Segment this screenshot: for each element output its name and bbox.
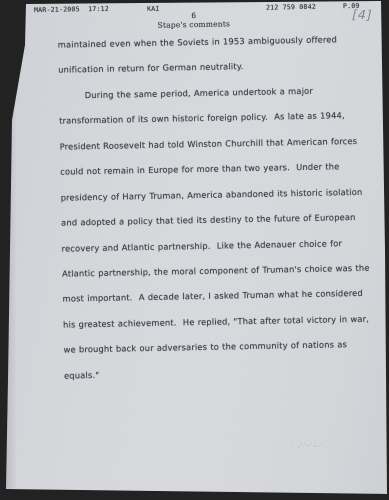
paper-sheet: MAR-21-2005 17:12 KAI 212 759 0842 P.09 … (0, 0, 389, 500)
handwritten-corner-mark: [4] (352, 7, 373, 23)
printed-content: MAR-21-2005 17:12 KAI 212 759 0842 P.09 … (0, 0, 389, 500)
fax-header: MAR-21-2005 17:12 KAI 212 759 0842 P.09 (0, 0, 388, 1)
document-body: maintained even when the Soviets in 1953… (58, 34, 365, 396)
scanned-fax-document: MAR-21-2005 17:12 KAI 212 759 0842 P.09 … (0, 0, 389, 500)
document-line: equals." (64, 365, 364, 396)
